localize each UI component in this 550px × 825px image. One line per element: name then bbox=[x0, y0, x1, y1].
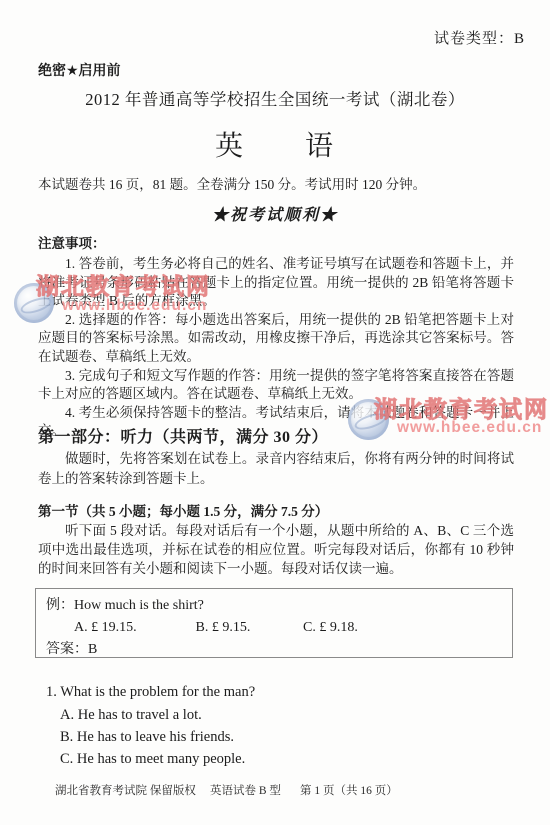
footer-page-info: 第 1 页（共 16 页） bbox=[300, 782, 398, 798]
example-question-line: 例：How much is the shirt? bbox=[46, 595, 502, 617]
question-1-option-c: C. He has to meet many people. bbox=[60, 749, 245, 771]
question-1-options: A. He has to travel a lot. B. He has to … bbox=[60, 705, 245, 771]
secrecy-label: 绝密★启用前 bbox=[38, 60, 121, 80]
notice-item-1: 1. 答卷前，考生务必将自己的姓名、准考证号填写在试题卷和答题卡上，并将准考证号… bbox=[38, 255, 514, 311]
subject-title: 英 语 bbox=[0, 124, 550, 164]
exam-title: 2012 年普通高等学校招生全国统一考试（湖北卷） bbox=[0, 86, 550, 110]
wish-banner: ★祝考试顺利★ bbox=[0, 202, 550, 225]
example-option-b: B. £ 9.15. bbox=[196, 617, 300, 639]
footer-paper-label: 英语试卷 B 型 bbox=[210, 782, 281, 798]
paper-type-label: 试卷类型：B bbox=[434, 27, 525, 48]
example-option-a: A. £ 19.15. bbox=[74, 617, 192, 639]
notices-heading: 注意事项： bbox=[38, 232, 514, 252]
example-box: 例：How much is the shirt? A. £ 19.15. B. … bbox=[35, 588, 513, 658]
part1-heading: 第一部分：听力（共两节，满分 30 分） bbox=[38, 424, 328, 447]
question-1-option-b: B. He has to leave his friends. bbox=[60, 727, 245, 749]
paper-info-line: 本试题卷共 16 页，81 题。全卷满分 150 分。考试用时 120 分钟。 bbox=[38, 173, 512, 193]
question-1-option-a: A. He has to travel a lot. bbox=[60, 705, 245, 727]
notice-item-2: 2. 选择题的作答：每小题选出答案后，用统一提供的 2B 铅笔把答题卡上对应题目… bbox=[38, 311, 514, 367]
example-options-row: A. £ 19.15. B. £ 9.15. C. £ 9.18. bbox=[46, 617, 502, 639]
section1-heading: 第一节（共 5 小题；每小题 1.5 分，满分 7.5 分） bbox=[38, 500, 328, 520]
part1-intro: 做题时，先将答案划在试卷上。录音内容结束后，你将有两分钟的时间将试卷上的答案转涂… bbox=[38, 449, 514, 489]
notice-item-3: 3. 完成句子和短文写作题的作答：用统一提供的签字笔将答案直接答在答题卡上对应的… bbox=[38, 367, 514, 404]
example-prefix: 例： bbox=[46, 598, 74, 613]
example-question: How much is the shirt? bbox=[74, 598, 204, 613]
exam-paper-page: 试卷类型：B 绝密★启用前 2012 年普通高等学校招生全国统一考试（湖北卷） … bbox=[0, 0, 550, 825]
question-1-text: What is the problem for the man? bbox=[60, 684, 255, 700]
example-answer: 答案：B bbox=[46, 639, 502, 661]
example-option-c: C. £ 9.18. bbox=[303, 617, 358, 639]
section1-instructions: 听下面 5 段对话。每段对话后有一个小题，从题中所给的 A、B、C 三个选项中选… bbox=[38, 521, 514, 578]
question-1-number: 1. bbox=[46, 684, 57, 700]
question-1: 1. What is the problem for the man? bbox=[46, 682, 516, 702]
notices-section: 注意事项： 1. 答卷前，考生务必将自己的姓名、准考证号填写在试题卷和答题卡上，… bbox=[38, 232, 514, 441]
footer-publisher: 湖北省教育考试院 保留版权 bbox=[55, 782, 196, 798]
